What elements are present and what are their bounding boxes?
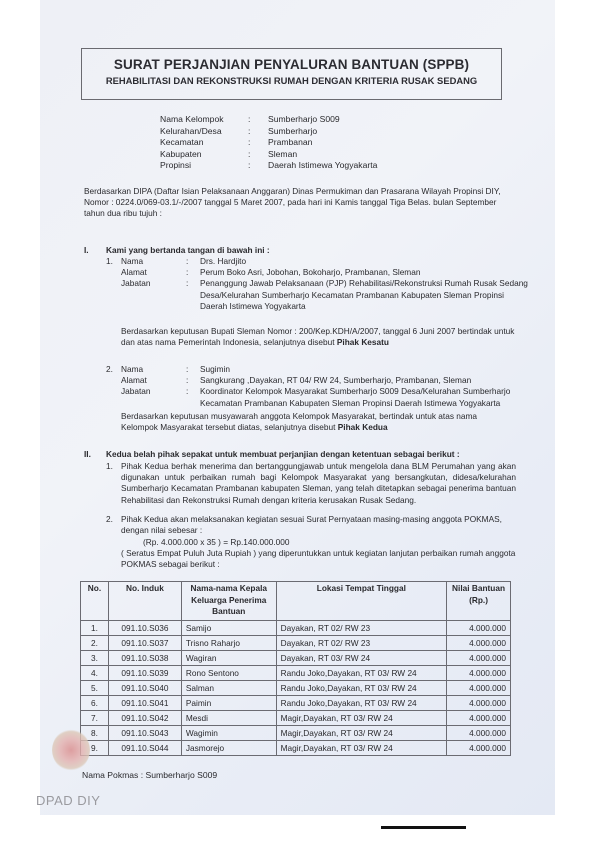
detail-label: Nama [121, 256, 186, 267]
table-row: 7.091.10.S042MesdiMagir,Dayakan, RT 03/ … [81, 711, 511, 726]
detail-label: Kelurahan/Desa [160, 126, 248, 138]
detail-label: Alamat [121, 375, 186, 386]
detail-sep: : [186, 375, 200, 386]
detail-value: Penanggung Jawab Pelaksanaan (PJP) Rehab… [200, 278, 530, 312]
row-no-induk: 091.10.S041 [108, 696, 181, 711]
row-lokasi: Magir,Dayakan, RT 03/ RW 24 [276, 726, 446, 741]
pokmas-name: Nama Pokmas : Sumberharjo S009 [82, 770, 217, 780]
row-nama: Mesdi [181, 711, 276, 726]
party-2-number: 2. [106, 364, 113, 375]
table-row: 3.091.10.S038WagiranDayakan, RT 03/ RW 2… [81, 651, 511, 666]
row-lokasi: Magir,Dayakan, RT 03/ RW 24 [276, 711, 446, 726]
detail-label: Kabupaten [160, 149, 248, 161]
col-nilai: Nilai Bantuan (Rp.) [447, 582, 511, 621]
section-2-heading: Kedua belah pihak sepakat untuk membuat … [106, 449, 460, 460]
row-nilai: 4.000.000 [447, 726, 511, 741]
detail-sep: : [186, 386, 200, 408]
detail-value: Sugimin [200, 364, 530, 375]
row-no: 5. [81, 681, 109, 696]
party-1-role: Pihak Kesatu [337, 337, 389, 347]
row-nama: Wagimin [181, 726, 276, 741]
detail-label: Propinsi [160, 160, 248, 172]
row-no-induk: 091.10.S044 [108, 741, 181, 756]
row-nilai: 4.000.000 [447, 741, 511, 756]
col-lokasi: Lokasi Tempat Tinggal [276, 582, 446, 621]
party-1-number: 1. [106, 256, 113, 267]
row-no: 4. [81, 666, 109, 681]
clause-2-text: Pihak Kedua akan melaksanakan kegiatan s… [121, 514, 516, 536]
row-nama: Trisno Raharjo [181, 636, 276, 651]
table-row: 4.091.10.S039Rono SentonoRandu Joko,Daya… [81, 666, 511, 681]
row-nilai: 4.000.000 [447, 651, 511, 666]
detail-row: Nama:Drs. Hardjito [121, 256, 530, 267]
detail-label: Kecamatan [160, 137, 248, 149]
section-1-number: I. [84, 245, 89, 256]
detail-sep: : [186, 267, 200, 278]
detail-row: Alamat:Sangkurang ,Dayakan, RT 04/ RW 24… [121, 375, 530, 386]
watermark: DPAD DIY [36, 793, 100, 808]
detail-row: Kabupaten:Sleman [160, 149, 377, 161]
detail-row: Propinsi:Daerah Istimewa Yogyakarta [160, 160, 377, 172]
detail-row: Jabatan:Koordinator Kelompok Masyarakat … [121, 386, 530, 408]
row-no-induk: 091.10.S036 [108, 621, 181, 636]
document-title: SURAT PERJANJIAN PENYALURAN BANTUAN (SPP… [82, 57, 501, 72]
detail-row: Jabatan:Penanggung Jawab Pelaksanaan (PJ… [121, 278, 530, 312]
row-nilai: 4.000.000 [447, 621, 511, 636]
table-row: 2.091.10.S037Trisno RaharjoDayakan, RT 0… [81, 636, 511, 651]
detail-value: Prambanan [268, 137, 312, 149]
beneficiary-table: No. No. Induk Nama-nama Kepala Keluarga … [80, 581, 511, 756]
row-nama: Jasmorejo [181, 741, 276, 756]
row-lokasi: Randu Joko,Dayakan, RT 03/ RW 24 [276, 666, 446, 681]
detail-value: Sumberharjo S009 [268, 114, 340, 126]
row-lokasi: Randu Joko,Dayakan, RT 03/ RW 24 [276, 696, 446, 711]
row-nilai: 4.000.000 [447, 636, 511, 651]
row-no-induk: 091.10.S039 [108, 666, 181, 681]
title-box: SURAT PERJANJIAN PENYALURAN BANTUAN (SPP… [81, 48, 502, 100]
row-lokasi: Dayakan, RT 03/ RW 24 [276, 651, 446, 666]
row-no: 1. [81, 621, 109, 636]
detail-sep: : [186, 364, 200, 375]
row-no: 6. [81, 696, 109, 711]
funding-formula: (Rp. 4.000.000 x 35 ) = Rp.140.000.000 [143, 537, 289, 548]
party-1-details: Nama:Drs. HardjitoAlamat:Perum Boko Asri… [121, 256, 530, 312]
section-2-number: II. [84, 449, 91, 460]
table-row: 8.091.10.S043WagiminMagir,Dayakan, RT 03… [81, 726, 511, 741]
party-2-role: Pihak Kedua [338, 422, 388, 432]
row-nama: Salman [181, 681, 276, 696]
detail-label: Jabatan [121, 386, 186, 408]
detail-sep: : [248, 114, 268, 126]
detail-row: Alamat:Perum Boko Asri, Jobohan, Bokohar… [121, 267, 530, 278]
row-nama: Samijo [181, 621, 276, 636]
detail-value: Sleman [268, 149, 297, 161]
clause-2-number: 2. [106, 514, 113, 525]
row-nama: Wagiran [181, 651, 276, 666]
detail-sep: : [248, 137, 268, 149]
clause-1-text: Pihak Kedua berhak menerima dan bertangg… [121, 461, 516, 506]
row-no-induk: 091.10.S037 [108, 636, 181, 651]
row-lokasi: Dayakan, RT 02/ RW 23 [276, 621, 446, 636]
table-row: 9.091.10.S044JasmorejoMagir,Dayakan, RT … [81, 741, 511, 756]
row-no-induk: 091.10.S043 [108, 726, 181, 741]
row-no: 2. [81, 636, 109, 651]
row-no-induk: 091.10.S040 [108, 681, 181, 696]
row-lokasi: Randu Joko,Dayakan, RT 03/ RW 24 [276, 681, 446, 696]
col-no-induk: No. Induk [108, 582, 181, 621]
col-nama: Nama-nama Kepala Keluarga Penerima Bantu… [181, 582, 276, 621]
row-no: 7. [81, 711, 109, 726]
document-subtitle: REHABILITASI DAN REKONSTRUKSI RUMAH DENG… [82, 75, 501, 86]
row-nama: Rono Sentono [181, 666, 276, 681]
col-no: No. [81, 582, 109, 621]
row-nilai: 4.000.000 [447, 711, 511, 726]
detail-sep: : [186, 256, 200, 267]
detail-label: Alamat [121, 267, 186, 278]
detail-row: Kecamatan:Prambanan [160, 137, 377, 149]
detail-sep: : [248, 160, 268, 172]
row-nama: Paimin [181, 696, 276, 711]
detail-label: Nama [121, 364, 186, 375]
detail-sep: : [248, 149, 268, 161]
row-lokasi: Magir,Dayakan, RT 03/ RW 24 [276, 741, 446, 756]
clause-2-tail: ( Seratus Empat Puluh Juta Rupiah ) yang… [121, 548, 516, 570]
detail-sep: : [186, 278, 200, 312]
row-nilai: 4.000.000 [447, 681, 511, 696]
party-2-basis: Berdasarkan keputusan musyawarah anggota… [121, 411, 516, 433]
footer-rule [381, 826, 466, 829]
section-1-heading: Kami yang bertanda tangan di bawah ini : [106, 245, 270, 256]
detail-value: Perum Boko Asri, Jobohan, Bokoharjo, Pra… [200, 267, 530, 278]
detail-value: Sumberharjo [268, 126, 317, 138]
detail-value: Drs. Hardjito [200, 256, 530, 267]
detail-row: Nama:Sugimin [121, 364, 530, 375]
detail-value: Daerah Istimewa Yogyakarta [268, 160, 377, 172]
row-no: 3. [81, 651, 109, 666]
detail-row: Kelurahan/Desa:Sumberharjo [160, 126, 377, 138]
detail-row: Nama Kelompok:Sumberharjo S009 [160, 114, 377, 126]
party-1-basis: Berdasarkan keputusan Bupati Sleman Nomo… [121, 326, 516, 348]
detail-label: Nama Kelompok [160, 114, 248, 126]
row-no-induk: 091.10.S038 [108, 651, 181, 666]
detail-value: Koordinator Kelompok Masyarakat Sumberha… [200, 386, 530, 408]
table-row: 6.091.10.S041PaiminRandu Joko,Dayakan, R… [81, 696, 511, 711]
clause-1-number: 1. [106, 461, 113, 472]
table-row: 5.091.10.S040SalmanRandu Joko,Dayakan, R… [81, 681, 511, 696]
intro-paragraph: Berdasarkan DIPA (Daftar Isian Pelaksana… [84, 186, 514, 220]
detail-sep: : [248, 126, 268, 138]
row-no-induk: 091.10.S042 [108, 711, 181, 726]
detail-value: Sangkurang ,Dayakan, RT 04/ RW 24, Sumbe… [200, 375, 530, 386]
table-header-row: No. No. Induk Nama-nama Kepala Keluarga … [81, 582, 511, 621]
group-info: Nama Kelompok:Sumberharjo S009Kelurahan/… [160, 114, 377, 172]
row-lokasi: Dayakan, RT 02/ RW 23 [276, 636, 446, 651]
row-nilai: 4.000.000 [447, 696, 511, 711]
row-nilai: 4.000.000 [447, 666, 511, 681]
table-row: 1.091.10.S036SamijoDayakan, RT 02/ RW 23… [81, 621, 511, 636]
government-seal-icon [52, 729, 90, 771]
party-2-details: Nama:SugiminAlamat:Sangkurang ,Dayakan, … [121, 364, 530, 409]
detail-label: Jabatan [121, 278, 186, 312]
